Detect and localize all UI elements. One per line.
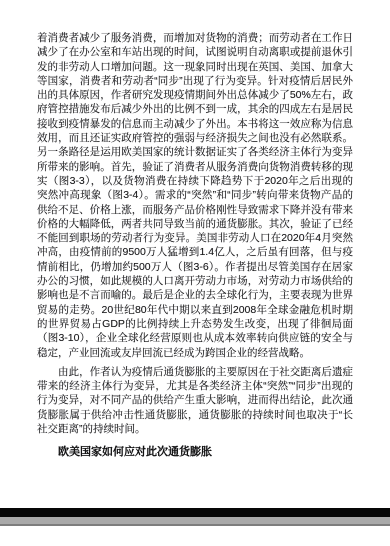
body-paragraph: 着消费者减少了服务消费，而增加对货物的消费；而劳动者在工作日减少了在办公室和车站…: [37, 31, 353, 360]
document-page: 着消费者减少了服务消费，而增加对货物的消费；而劳动者在工作日减少了在办公室和车站…: [0, 0, 390, 546]
page-text-block: 着消费者减少了服务消费，而增加对货物的消费；而劳动者在工作日减少了在办公室和车站…: [37, 31, 353, 460]
next-page-shadow: [0, 517, 390, 524]
next-page-edge: [0, 524, 390, 526]
body-paragraph: 由此，作者认为疫情后通货膨胀的主要原因在于社交距离后遗症带来的经济主体行为变异，…: [37, 365, 353, 436]
page-separator-bar: [0, 508, 390, 517]
section-heading: 欧美国家如何应对此次通货膨胀: [37, 445, 353, 459]
